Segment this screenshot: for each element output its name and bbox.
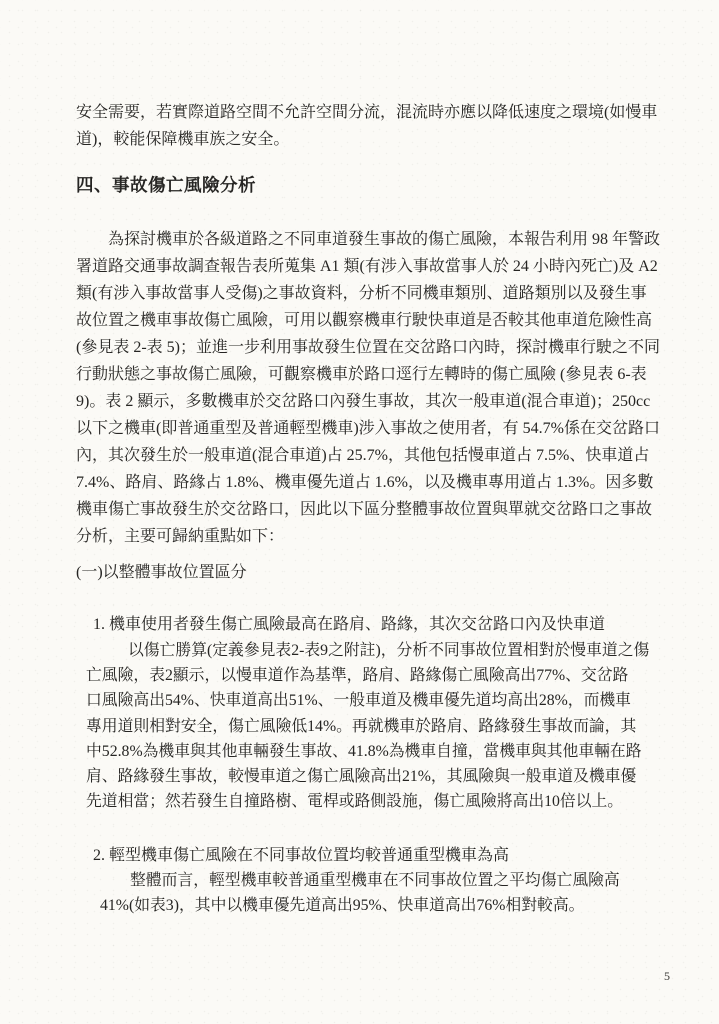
text-line: 安全需要，若實際道路空間不允許空間分流，混流時亦應以降低速度之環境(如慢車	[76, 99, 656, 126]
text-line: 為探討機車於各級道路之不同車道發生事故的傷亡風險，本報告利用 98 年警政	[76, 226, 656, 253]
text-line: (參見表 2-表 5)；並進一步利用事故發生位置在交岔路口內時，探討機車行駛之不…	[76, 334, 656, 361]
list-item-1-title: 1. 機車使用者發生傷亡風險最高在路肩、路緣，其次交岔路口內及快車道	[93, 612, 656, 637]
text-line: 亡風險，表2顯示，以慢車道作為基準，路肩、路緣傷亡風險高出77%、交岔路	[86, 663, 658, 688]
text-line: 整體而言，輕型機車較普通重型機車在不同事故位置之平均傷亡風險高	[100, 868, 660, 893]
list-item-2-body: 整體而言，輕型機車較普通重型機車在不同事故位置之平均傷亡風險高41%(如表3)，…	[100, 868, 660, 918]
text-line: 署道路交通事故調查報告表所蒐集 A1 類(有涉入事故當事人於 24 小時內死亡)…	[76, 253, 656, 280]
subsection-heading: (一)以整體事故位置區分	[76, 559, 656, 586]
list-item-2-title: 2. 輕型機車傷亡風險在不同事故位置均較普通重型機車為高	[93, 843, 656, 868]
text-line: 口風險高出54%、快車道高出51%、一般車道及機車優先道均高出28%，而機車	[86, 688, 658, 713]
text-line: 中52.8%為機車與其他車輛發生事故、41.8%為機車自撞，當機車與其他車輛在路	[86, 739, 658, 764]
text-line: 9)。表 2 顯示，多數機車於交岔路口內發生事故，其次一般車道(混合車道)；25…	[76, 388, 656, 415]
text-line: 故位置之機車事故傷亡風險，可用以觀察機車行駛快車道是否較其他車道危險性高	[76, 307, 656, 334]
main-paragraph: 為探討機車於各級道路之不同車道發生事故的傷亡風險，本報告利用 98 年警政署道路…	[76, 226, 656, 550]
text-line: 肩、路緣發生事故，較慢車道之傷亡風險高出21%，其風險與一般車道及機車優	[86, 764, 658, 789]
intro-paragraph: 安全需要，若實際道路空間不允許空間分流，混流時亦應以降低速度之環境(如慢車道)，…	[76, 99, 656, 153]
text-line: 機車傷亡事故發生於交岔路口，因此以下區分整體事故位置與單就交岔路口之事故	[76, 496, 656, 523]
text-line: 行動狀態之事故傷亡風險，可觀察機車於路口逕行左轉時的傷亡風險 (參見表 6-表	[76, 361, 656, 388]
list-item-1-body: 以傷亡勝算(定義參見表2-表9之附註)，分析不同事故位置相對於慢車道之傷亡風險，…	[86, 638, 658, 814]
scanned-document-page: 安全需要，若實際道路空間不允許空間分流，混流時亦應以降低速度之環境(如慢車道)，…	[0, 0, 719, 1024]
page-number: 5	[664, 969, 670, 984]
text-line: 以下之機車(即普通重型及普通輕型機車)涉入事故之使用者，有 54.7%係在交岔路…	[76, 415, 656, 442]
text-line: 專用道則相對安全，傷亡風險低14%。再就機車於路肩、路緣發生事故而論，其	[86, 714, 658, 739]
text-line: 類(有涉入事故當事人受傷)之事故資料，分析不同機車類別、道路類別以及發生事	[76, 280, 656, 307]
text-line: 7.4%、路肩、路緣占 1.8%、機車優先道占 1.6%，以及機車專用道占 1.…	[76, 469, 656, 496]
text-line: 以傷亡勝算(定義參見表2-表9之附註)，分析不同事故位置相對於慢車道之傷	[86, 638, 658, 663]
text-line: 內，其次發生於一般車道(混合車道)占 25.7%，其他包括慢車道占 7.5%、快…	[76, 442, 656, 469]
section-heading: 四、事故傷亡風險分析	[76, 171, 656, 199]
text-line: 分析，主要可歸納重點如下：	[76, 523, 656, 550]
text-line: 41%(如表3)，其中以機車優先道高出95%、快車道高出76%相對較高。	[100, 893, 660, 918]
text-line: 道)，較能保障機車族之安全。	[76, 126, 656, 153]
text-line: 先道相當；然若發生自撞路樹、電桿或路側設施，傷亡風險將高出10倍以上。	[86, 789, 658, 814]
